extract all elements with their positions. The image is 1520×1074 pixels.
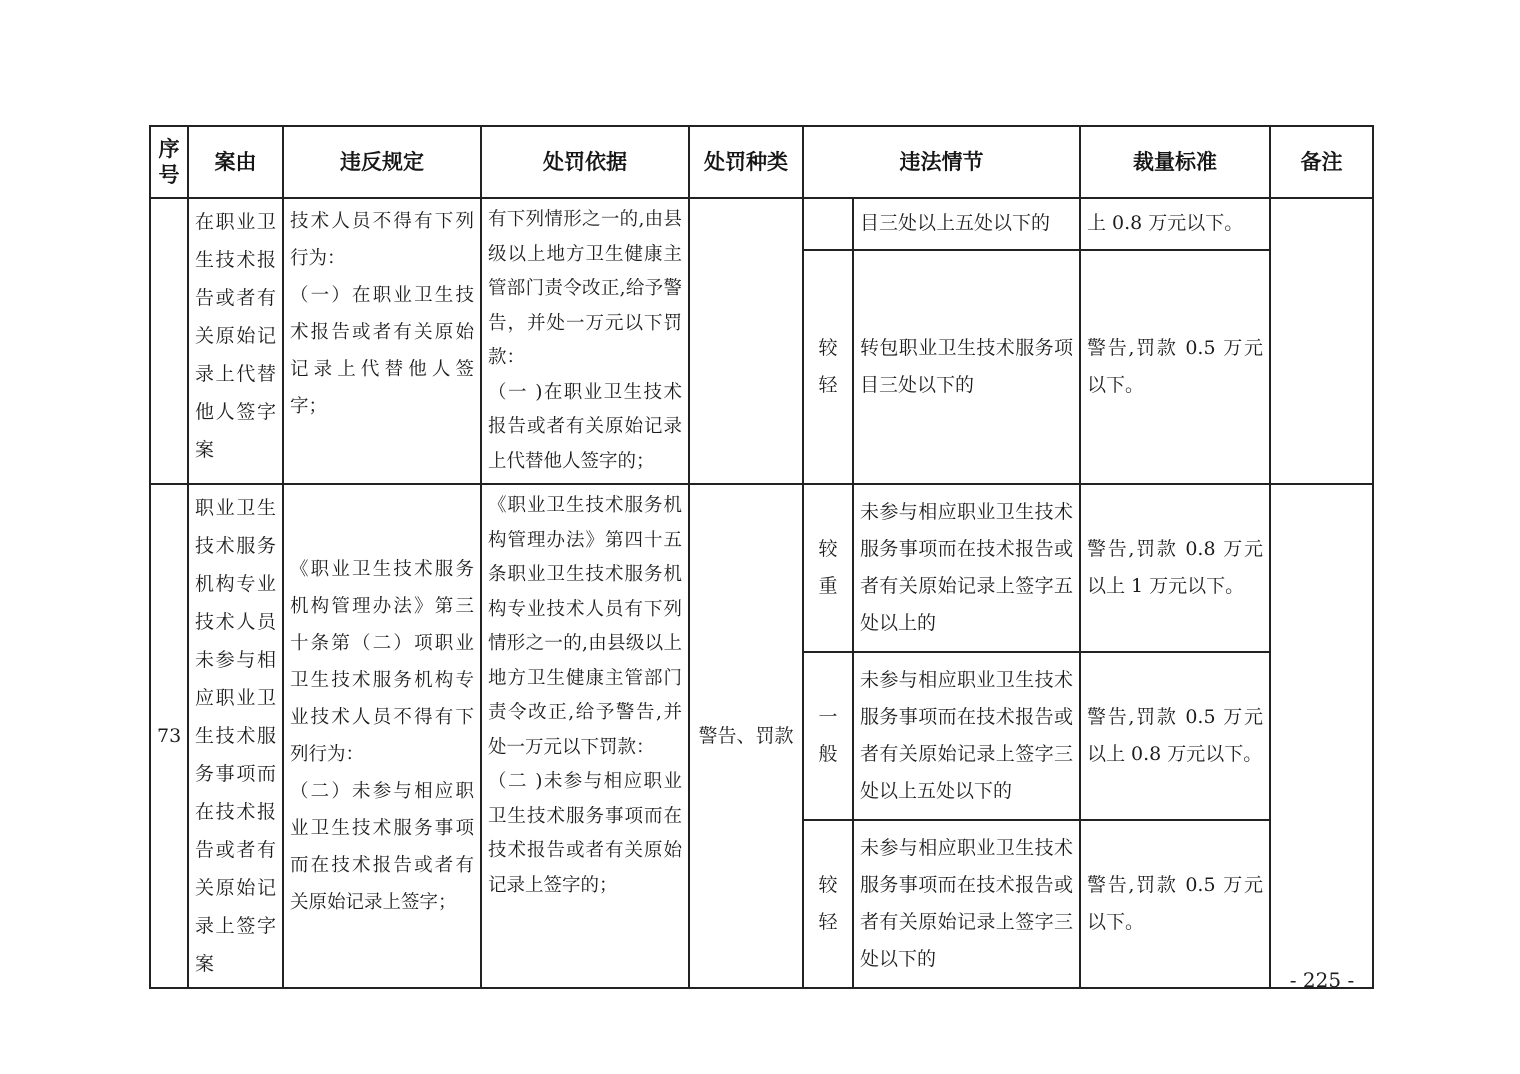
cell-severity-1-2: 较轻	[803, 250, 853, 484]
circumstance-text: 未参与相应职业卫生技术服务事项而在技术报告或者有关原始记录上签字三处以上五处以下…	[860, 669, 1073, 802]
cell-circumstance-2-2: 未参与相应职业卫生技术服务事项而在技术报告或者有关原始记录上签字三处以上五处以下…	[853, 652, 1080, 820]
standard-text: 上 0.8 万元以下。	[1087, 212, 1243, 234]
cell-standard-2-3: 警告,罚款 0.5 万元以下。	[1080, 820, 1270, 988]
cell-severity-2-1: 较重	[803, 484, 853, 652]
standard-text: 警告,罚款 0.5 万元以上 0.8 万元以下。	[1087, 706, 1263, 765]
cell-penalty-type-1	[689, 198, 803, 484]
header-cause: 案由	[188, 126, 283, 198]
header-remark-label: 备注	[1301, 150, 1343, 174]
cell-violation-1: 技术人员不得有下列行为： （一）在职业卫生技术报告或者有关原始记录上代替他人签字…	[283, 198, 481, 484]
cell-remark-2	[1270, 484, 1373, 988]
header-no-label: 序号	[159, 137, 180, 187]
cell-circumstance-2-1: 未参与相应职业卫生技术服务事项而在技术报告或者有关原始记录上签字五处以上的	[853, 484, 1080, 652]
circumstance-text: 目三处以上五处以下的	[860, 212, 1050, 234]
cell-severity-2-3: 较轻	[803, 820, 853, 988]
cell-severity-1-1	[803, 198, 853, 250]
cause-text: 在职业卫生技术报告或者有关原始记录上代替他人签字案	[195, 211, 276, 461]
header-row: 序号 案由 违反规定 处罚依据 处罚种类 违法情节 裁量标准 备注	[150, 126, 1373, 198]
standard-text: 警告,罚款 0.5 万元以下。	[1087, 874, 1263, 933]
standard-text: 警告,罚款 0.5 万元以下。	[1087, 337, 1263, 396]
standard-text: 警告,罚款 0.8 万元以上 1 万元以下。	[1087, 538, 1263, 597]
basis-text: 《职业卫生技术服务机构管理办法》第四十五条职业卫生技术服务机构专业技术人员有下列…	[488, 495, 682, 896]
cell-standard-2-1: 警告,罚款 0.8 万元以上 1 万元以下。	[1080, 484, 1270, 652]
cell-standard-2-2: 警告,罚款 0.5 万元以上 0.8 万元以下。	[1080, 652, 1270, 820]
header-circumstance-label: 违法情节	[900, 150, 984, 174]
header-no: 序号	[150, 126, 188, 198]
cell-standard-1-2: 警告,罚款 0.5 万元以下。	[1080, 250, 1270, 484]
no-value: 73	[157, 725, 181, 747]
cell-penalty-type-2: 警告、罚款	[689, 484, 803, 988]
header-basis-label: 处罚依据	[543, 150, 627, 174]
header-violation: 违反规定	[283, 126, 481, 198]
header-penalty-type-label: 处罚种类	[704, 150, 788, 174]
penalty-standards-table: 序号 案由 违反规定 处罚依据 处罚种类 违法情节 裁量标准 备注 在职业卫生技…	[149, 125, 1374, 989]
penalty-type-text: 警告、罚款	[698, 725, 793, 747]
cell-circumstance-1-2: 转包职业卫生技术服务项目三处以下的	[853, 250, 1080, 484]
cell-basis-2: 《职业卫生技术服务机构管理办法》第四十五条职业卫生技术服务机构专业技术人员有下列…	[481, 484, 689, 988]
cell-standard-1-1: 上 0.8 万元以下。	[1080, 198, 1270, 250]
cause-text: 职业卫生技术服务机构专业技术人员未参与相应职业卫生技术服务事项而在技术报告或者有…	[195, 497, 276, 975]
severity-label: 较轻	[818, 337, 837, 396]
cell-severity-2-2: 一般	[803, 652, 853, 820]
page-number: - 225 -	[1262, 968, 1382, 992]
cell-circumstance-2-3: 未参与相应职业卫生技术服务事项而在技术报告或者有关原始记录上签字三处以下的	[853, 820, 1080, 988]
basis-text: 有下列情形之一的,由县级以上地方卫生健康主管部门责令改正,给予警告，并处一万元以…	[488, 209, 682, 472]
cell-cause-2: 职业卫生技术服务机构专业技术人员未参与相应职业卫生技术服务事项而在技术报告或者有…	[188, 484, 283, 988]
circumstance-text: 转包职业卫生技术服务项目三处以下的	[860, 337, 1073, 396]
header-basis: 处罚依据	[481, 126, 689, 198]
severity-label: 一般	[818, 706, 837, 765]
header-penalty-type: 处罚种类	[689, 126, 803, 198]
violation-text: 技术人员不得有下列行为： （一）在职业卫生技术报告或者有关原始记录上代替他人签字…	[290, 211, 474, 417]
case-row-1-sub-1: 在职业卫生技术报告或者有关原始记录上代替他人签字案 技术人员不得有下列行为： （…	[150, 198, 1373, 250]
cell-circumstance-1-1: 目三处以上五处以下的	[853, 198, 1080, 250]
case-row-2-sub-1: 73 职业卫生技术服务机构专业技术人员未参与相应职业卫生技术服务事项而在技术报告…	[150, 484, 1373, 652]
circumstance-text: 未参与相应职业卫生技术服务事项而在技术报告或者有关原始记录上签字三处以下的	[860, 837, 1073, 970]
cell-cause-1: 在职业卫生技术报告或者有关原始记录上代替他人签字案	[188, 198, 283, 484]
violation-text: 《职业卫生技术服务机构管理办法》第三十条第（二）项职业卫生技术服务机构专业技术人…	[290, 559, 474, 913]
severity-label: 较重	[818, 538, 837, 597]
header-cause-label: 案由	[215, 150, 257, 174]
header-standard-label: 裁量标准	[1133, 150, 1217, 174]
cell-remark-1	[1270, 198, 1373, 484]
header-remark: 备注	[1270, 126, 1373, 198]
header-standard: 裁量标准	[1080, 126, 1270, 198]
cell-basis-1: 有下列情形之一的,由县级以上地方卫生健康主管部门责令改正,给予警告，并处一万元以…	[481, 198, 689, 484]
cell-violation-2: 《职业卫生技术服务机构管理办法》第三十条第（二）项职业卫生技术服务机构专业技术人…	[283, 484, 481, 988]
header-violation-label: 违反规定	[340, 150, 424, 174]
severity-label: 较轻	[818, 874, 837, 933]
circumstance-text: 未参与相应职业卫生技术服务事项而在技术报告或者有关原始记录上签字五处以上的	[860, 501, 1073, 634]
cell-no-1	[150, 198, 188, 484]
header-circumstance: 违法情节	[803, 126, 1080, 198]
cell-no-2: 73	[150, 484, 188, 988]
document-page: 序号 案由 违反规定 处罚依据 处罚种类 违法情节 裁量标准 备注 在职业卫生技…	[0, 0, 1520, 1074]
